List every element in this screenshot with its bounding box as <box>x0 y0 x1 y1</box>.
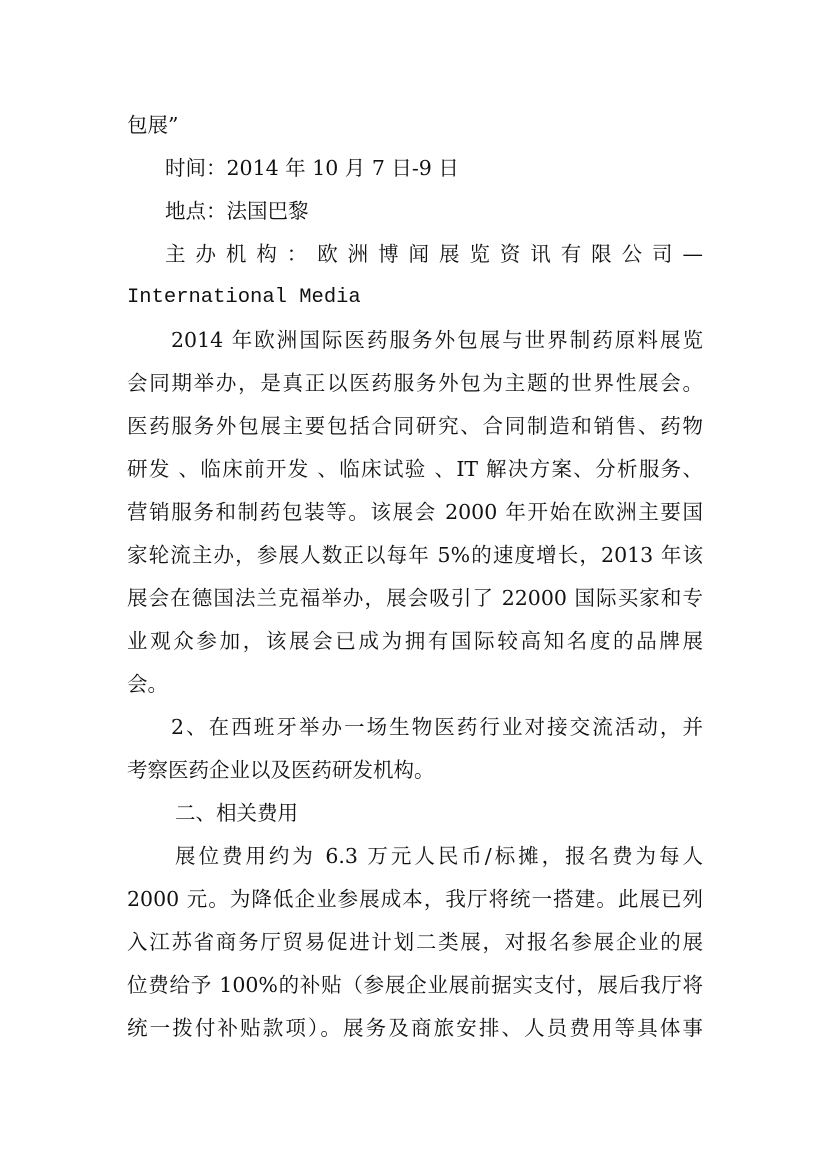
event-time-label: 时间： <box>165 156 227 180</box>
event-time: 时间：2014 年 10 月 7 日-9 日 <box>127 147 703 190</box>
paragraph-line: 2000 元。为降低企业参展成本，我厅将统一搭建。此展已列 <box>127 878 703 921</box>
event-location: 地点：法国巴黎 <box>127 190 703 233</box>
paragraph-exhibition-description: 2014 年欧洲国际医药服务外包展与世界制药原料展览 会同期举办，是真正以医药服… <box>127 319 703 706</box>
paragraph-line: 展会在德国法兰克福举办，展会吸引了 22000 国际买家和专 <box>127 577 703 620</box>
section-heading-fees: 二、相关费用 <box>127 792 703 835</box>
paragraph-line: 2、在西班牙举办一场生物医药行业对接交流活动，并 <box>127 706 703 749</box>
paragraph-line: 入江苏省商务厅贸易促进计划二类展，对报名参展企业的展 <box>127 921 703 964</box>
item-2-spain-activity: 2、在西班牙举办一场生物医药行业对接交流活动，并 考察医药企业以及医药研发机构。 <box>127 706 703 792</box>
paragraph-line: 会同期举办，是真正以医药服务外包为主题的世界性展会。 <box>127 362 703 405</box>
paragraph-line: 业观众参加，该展会已成为拥有国际较高知名度的品牌展 <box>127 620 703 663</box>
paragraph-line: 展位费用约为 6.3 万元人民币/标摊，报名费为每人 <box>127 835 703 878</box>
event-location-value: 法国巴黎 <box>227 199 309 223</box>
paragraph-line: 营销服务和制药包装等。该展会 2000 年开始在欧洲主要国 <box>127 491 703 534</box>
paragraph-line: 统一拨付补贴款项）。展务及商旅安排、人员费用等具体事 <box>127 1007 703 1050</box>
paragraph-line: 位费给予 100%的补贴（参展企业展前据实支付，展后我厅将 <box>127 964 703 1007</box>
paragraph-fees: 展位费用约为 6.3 万元人民币/标摊，报名费为每人 2000 元。为降低企业参… <box>127 835 703 1050</box>
paragraph-line: 会。 <box>127 663 703 706</box>
event-organizer-line-1: 主 办 机 构 ： 欧 洲 博 闻 展 览 资 讯 有 限 公 司 — UBM <box>127 233 703 276</box>
continuation-line: 包展” <box>127 104 703 147</box>
paragraph-line: 家轮流主办，参展人数正以每年 5%的速度增长，2013 年该 <box>127 534 703 577</box>
paragraph-line: 2014 年欧洲国际医药服务外包展与世界制药原料展览 <box>127 319 703 362</box>
paragraph-line: 考察医药企业以及医药研发机构。 <box>127 749 703 792</box>
event-organizer-line-2: International Media <box>127 276 703 319</box>
paragraph-line: 研发 、临床前开发 、临床试验 、IT 解决方案、分析服务、 <box>127 448 703 491</box>
event-location-label: 地点： <box>165 199 227 223</box>
document-page: 包展” 时间：2014 年 10 月 7 日-9 日 地点：法国巴黎 主 办 机… <box>127 104 703 1050</box>
paragraph-line: 医药服务外包展主要包括合同研究、合同制造和销售、药物 <box>127 405 703 448</box>
event-time-value: 2014 年 10 月 7 日-9 日 <box>227 156 459 180</box>
